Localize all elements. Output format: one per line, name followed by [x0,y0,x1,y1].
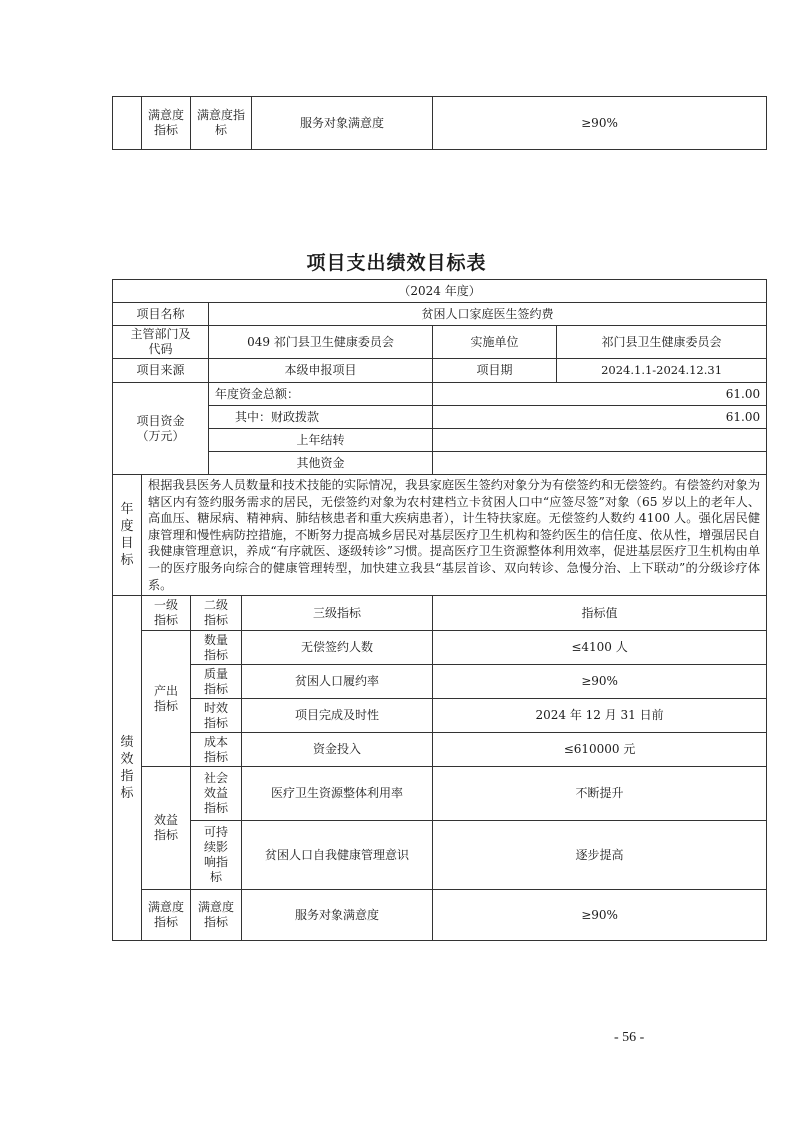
output-value: 2024 年 12 月 31 日前 [433,699,767,733]
benefit-value: 不断提升 [433,767,767,821]
page-title: 项目支出绩效目标表 [0,248,793,275]
output-value: ≤610000 元 [433,733,767,767]
satisfaction-l1: 满意度指标 [142,890,191,941]
previous-table-fragment: 满意度指标 满意度指标 服务对象满意度 ≥90% [112,96,767,150]
level3-indicator: 服务对象满意度 [252,97,433,150]
benefit-l3: 医疗卫生资源整体利用率 [242,767,433,821]
annual-goal-label: 年度目标 [113,475,142,596]
empty-cell [113,97,142,150]
funds-label: 项目资金（万元） [113,383,209,475]
project-name-value: 贫困人口家庭医生签约费 [209,303,767,326]
fund-fiscal-label: 其中：财政拨款 [209,406,433,429]
output-l3: 贫困人口履约率 [242,665,433,699]
output-l3: 项目完成及时性 [242,699,433,733]
benefit-l3: 贫困人口自我健康管理意识 [242,821,433,890]
source-value: 本级申报项目 [209,359,433,383]
satisfaction-l2: 满意度指标 [191,890,242,941]
output-l2: 时效指标 [191,699,242,733]
period-label: 项目期 [433,359,557,383]
indicator-value: ≥90% [433,97,767,150]
output-l3: 无偿签约人数 [242,631,433,665]
year-header: （2024 年度） [113,280,767,303]
fund-other-value [433,452,767,475]
perf-indicator-label: 绩效指标 [113,596,142,941]
page-number: - 56 - [614,1030,644,1046]
fund-fiscal-value: 61.00 [433,406,767,429]
performance-target-table: （2024 年度） 项目名称 贫困人口家庭医生签约费 主管部门及代码 049 祁… [112,279,767,941]
fund-total-label: 年度资金总额： [209,383,433,406]
header-value: 指标值 [433,596,767,631]
benefit-value: 逐步提高 [433,821,767,890]
header-level1: 一级指标 [142,596,191,631]
output-l2: 质量指标 [191,665,242,699]
dept-label: 主管部门及代码 [113,326,209,359]
benefit-l2: 社会效益指标 [191,767,242,821]
project-name-label: 项目名称 [113,303,209,326]
header-level3: 三级指标 [242,596,433,631]
fund-total-value: 61.00 [433,383,767,406]
satisfaction-value: ≥90% [433,890,767,941]
output-l2: 数量指标 [191,631,242,665]
level1-indicator: 满意度指标 [142,97,191,150]
benefit-l2: 可持续影响指标 [191,821,242,890]
header-level2: 二级指标 [191,596,242,631]
impl-label: 实施单位 [433,326,557,359]
source-label: 项目来源 [113,359,209,383]
output-value: ≤4100 人 [433,631,767,665]
satisfaction-l3: 服务对象满意度 [242,890,433,941]
output-indicator-label: 产出指标 [142,631,191,767]
period-value: 2024.1.1-2024.12.31 [557,359,767,383]
level2-indicator: 满意度指标 [191,97,252,150]
output-l3: 资金投入 [242,733,433,767]
output-l2: 成本指标 [191,733,242,767]
benefit-indicator-label: 效益指标 [142,767,191,890]
dept-value: 049 祁门县卫生健康委员会 [209,326,433,359]
impl-value: 祁门县卫生健康委员会 [557,326,767,359]
fund-carryover-value [433,429,767,452]
fund-other-label: 其他资金 [209,452,433,475]
fund-carryover-label: 上年结转 [209,429,433,452]
output-value: ≥90% [433,665,767,699]
annual-goal-text: 根据我县医务人员数量和技术技能的实际情况，我县家庭医生签约对象分为有偿签约和无偿… [142,475,767,596]
